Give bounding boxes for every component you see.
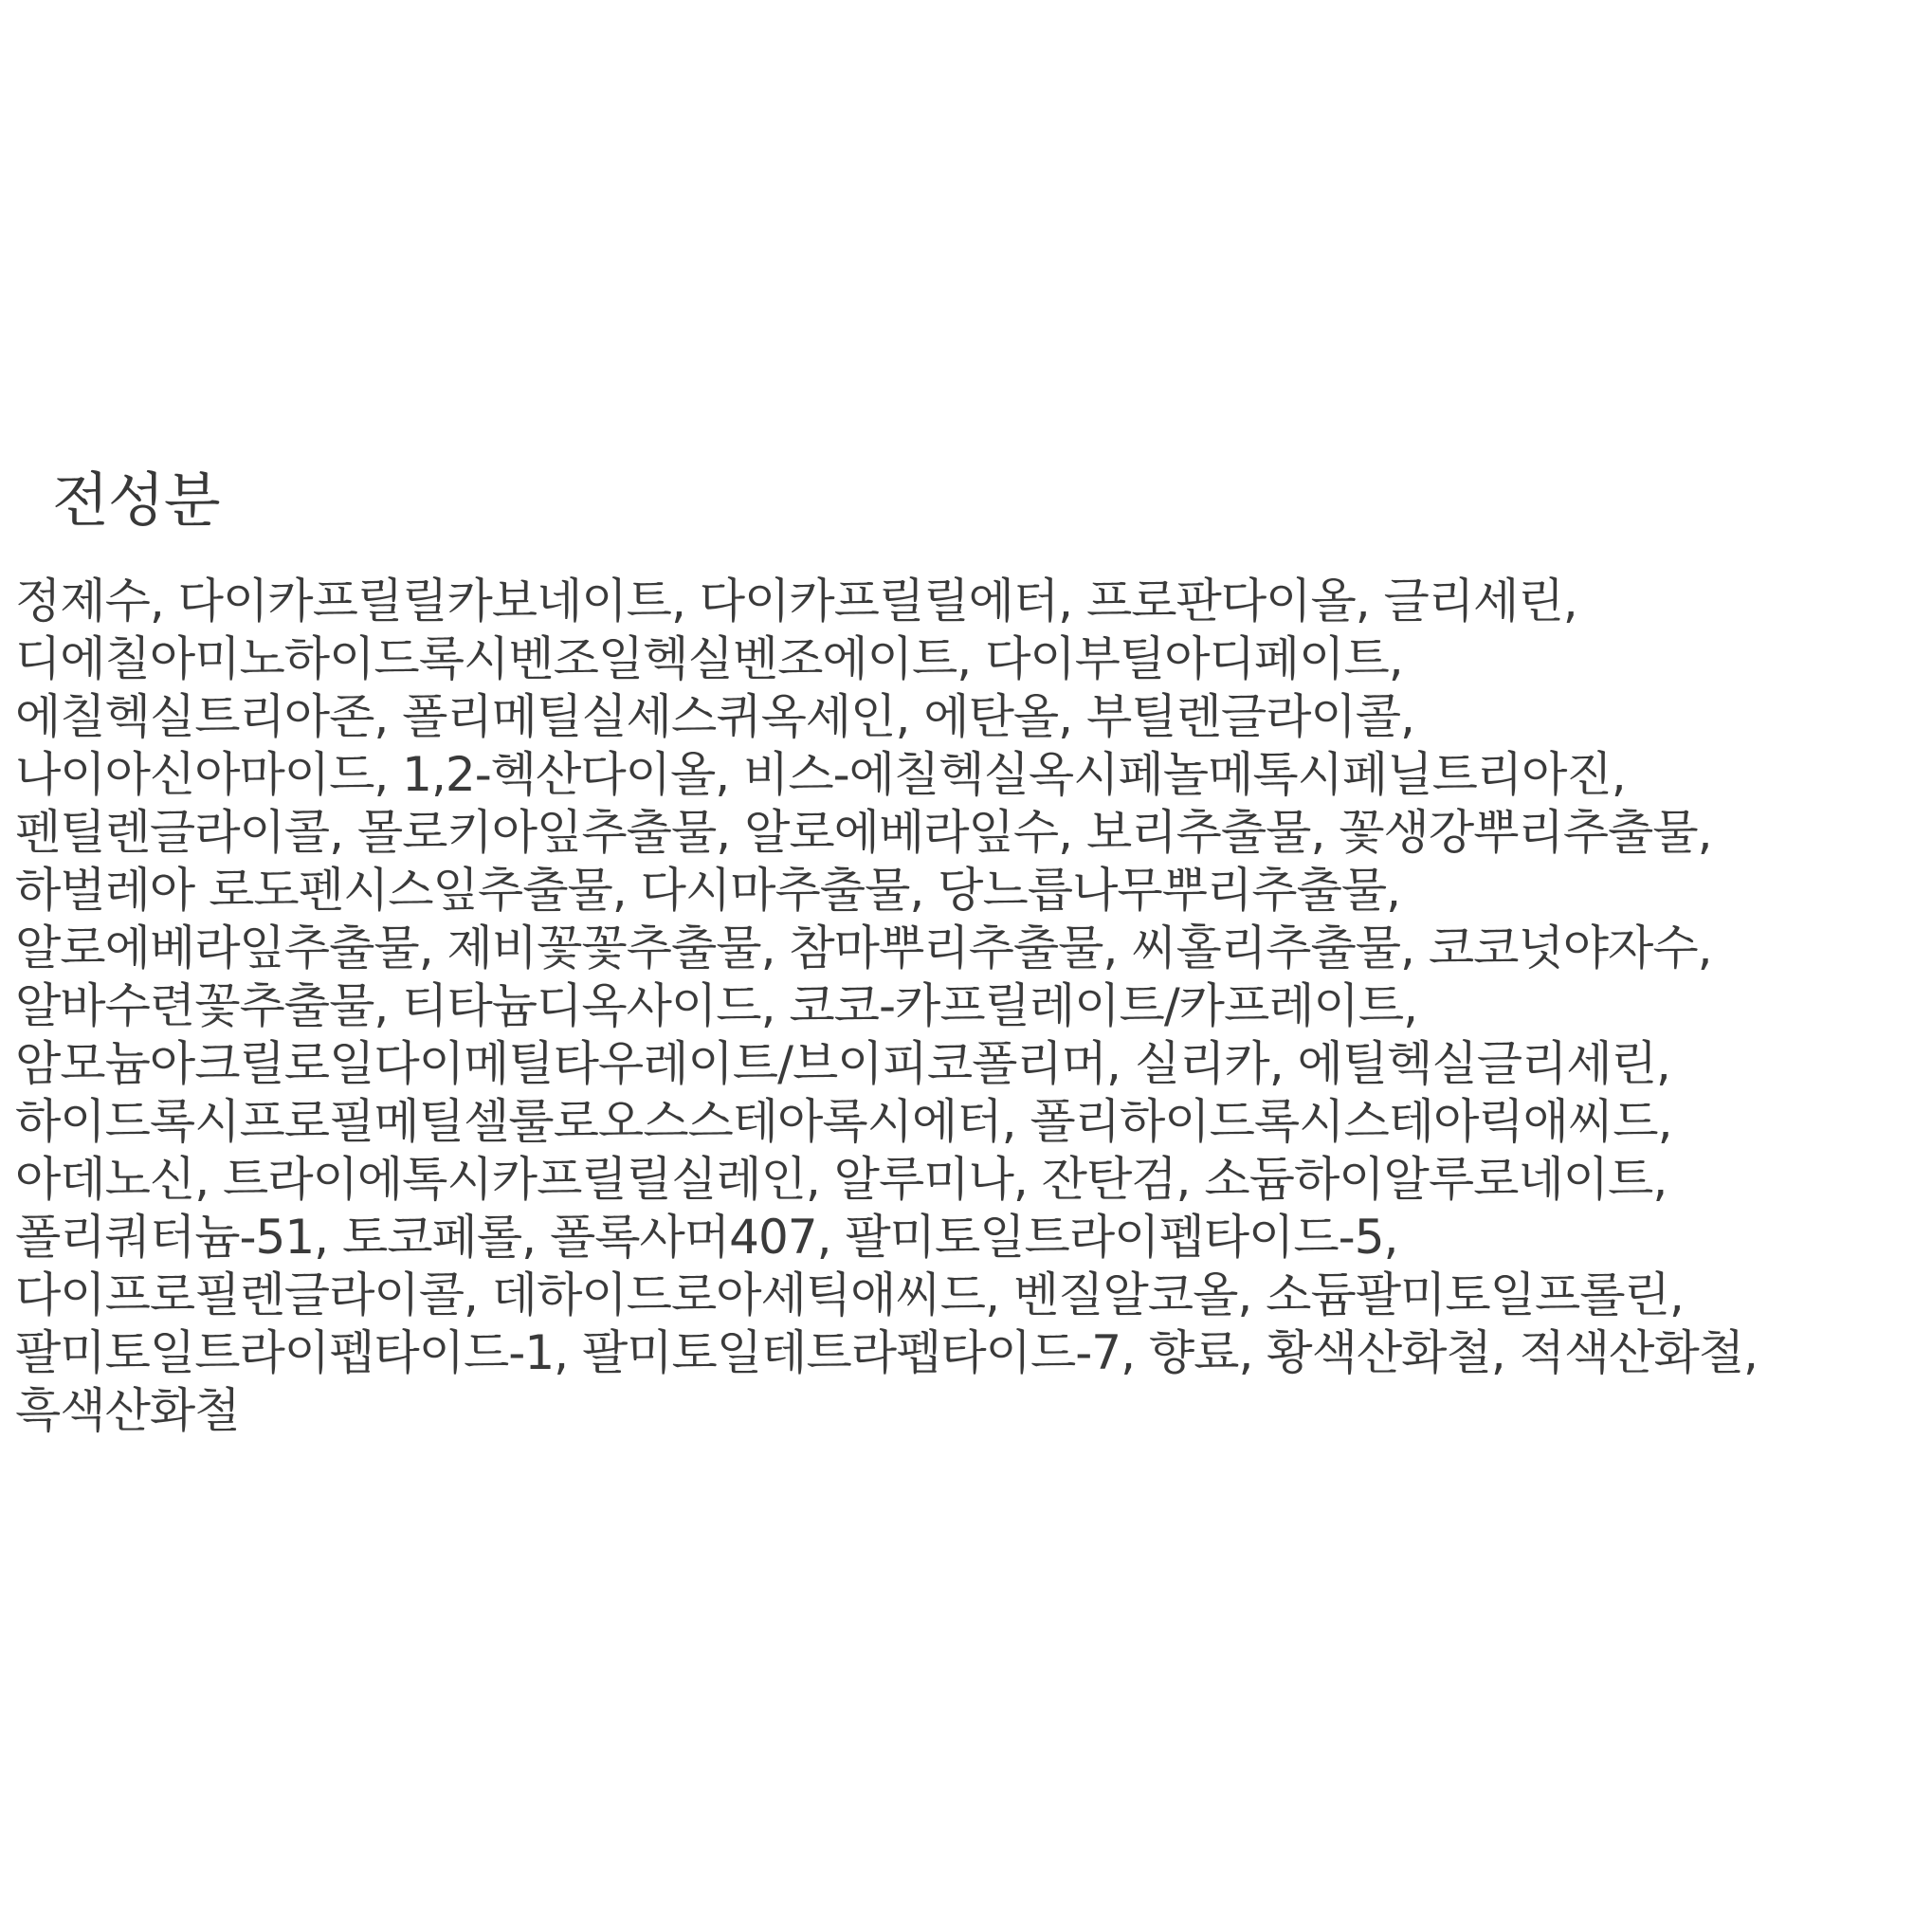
page-title: 전성분 [52,463,220,538]
ingredients-line: 정제수, 다이카프릴릴카보네이트, 다이카프릴릴에터, 프로판다이올, 글리세린… [15,573,1921,630]
ingredients-line: 아데노신, 트라이에톡시카프릴릴실레인, 알루미나, 잔탄검, 소듐하이알루로네… [15,1151,1921,1209]
ingredients-line: 다이프로필렌글라이콜, 데하이드로아세틱애씨드, 벤질알코올, 소듐팔미토일프롤… [15,1267,1921,1324]
ingredients-text: 정제수, 다이카프릴릴카보네이트, 다이카프릴릴에터, 프로판다이올, 글리세린… [15,573,1921,1440]
ingredients-line: 알로에베라잎추출물, 제비꽃꽃추출물, 참마뿌리추출물, 씨홀리추출물, 코코넛… [15,920,1921,977]
ingredients-line: 흑색산화철 [15,1382,1921,1440]
ingredients-line: 나이아신아마이드, 1,2-헥산다이올, 비스-에칠헥실옥시페놀메톡시페닐트리아… [15,746,1921,804]
ingredients-line: 에칠헥실트리아존, 폴리메틸실세스퀴옥세인, 에탄올, 부틸렌글라이콜, [15,688,1921,746]
ingredients-line: 폴리쿼터늄-51, 토코페롤, 폴록사머407, 팔미토일트라이펩타이드-5, [15,1209,1921,1267]
ingredients-line: 알바수련꽃추출물, 티타늄디옥사이드, 코코-카프릴레이트/카프레이트, [15,977,1921,1035]
ingredients-line: 하벌레아 로도펜시스잎추출물, 다시마추출물, 당느릅나무뿌리추출물, [15,862,1921,920]
ingredients-page: 전성분 정제수, 다이카프릴릴카보네이트, 다이카프릴릴에터, 프로판다이올, … [0,0,1932,1932]
ingredients-line: 암모늄아크릴로일다이메틸타우레이트/브이피코폴리머, 실리카, 에틸헥실글리세린… [15,1035,1921,1093]
ingredients-line: 하이드록시프로필메틸셀룰로오스스테아록시에터, 폴리하이드록시스테아릭애씨드, [15,1093,1921,1151]
ingredients-line: 펜틸렌글라이콜, 몰로키아잎추출물, 알로에베라잎수, 보리추출물, 꽃생강뿌리… [15,804,1921,862]
ingredients-line: 디에칠아미노하이드록시벤조일헥실벤조에이트, 다이부틸아디페이트, [15,630,1921,688]
ingredients-line: 팔미토일트라이펩타이드-1, 팔미토일테트라펩타이드-7, 향료, 황색산화철,… [15,1324,1921,1382]
